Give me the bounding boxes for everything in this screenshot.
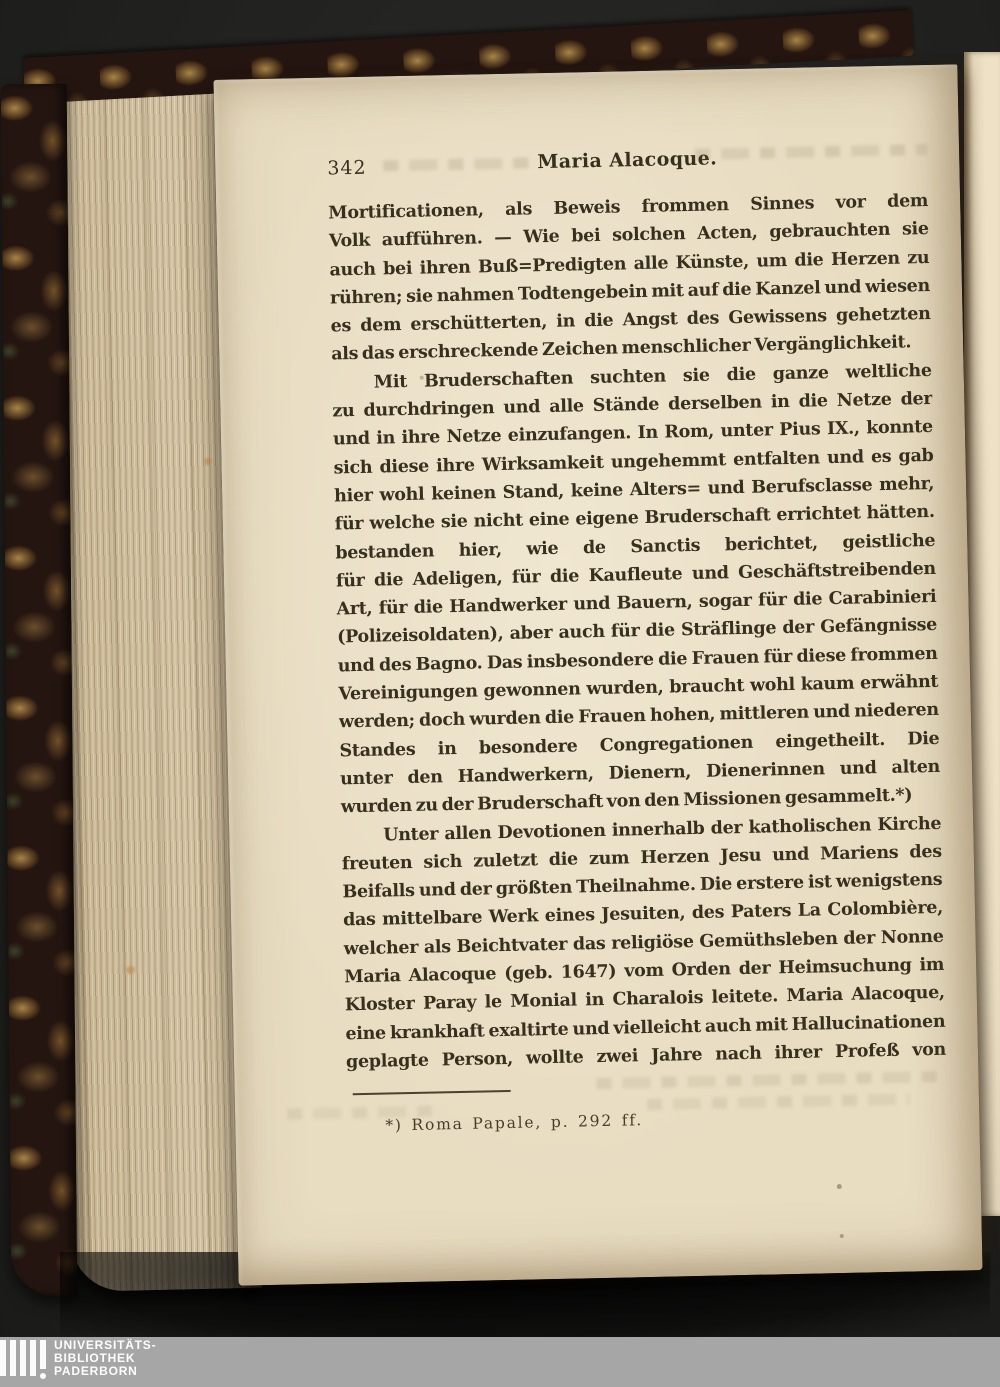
paper-speck — [840, 1234, 844, 1238]
library-name: UNIVERSITÄTS- BIBLIOTHEK PADERBORN — [54, 1339, 156, 1378]
showthrough-ghost — [596, 1071, 946, 1089]
logo-bar-icon — [0, 1340, 6, 1376]
showthrough-ghost — [647, 1094, 909, 1110]
footer-bar: UNIVERSITÄTS- BIBLIOTHEK PADERBORN — [0, 1337, 1000, 1387]
foxing-spot — [126, 966, 135, 974]
page-content: 342 Maria Alacoque. Mortificationen, als… — [327, 143, 946, 1077]
logo-bar-icon — [20, 1340, 26, 1376]
paper-speck — [420, 376, 424, 380]
page-header: 342 Maria Alacoque. — [327, 143, 927, 180]
logo-bar-icon — [30, 1340, 36, 1376]
paper-speck — [837, 1184, 842, 1189]
scanned-book-photo: 342 Maria Alacoque. Mortificationen, als… — [0, 0, 1000, 1387]
body-text: Mortificationen, als Beweis frommen Sinn… — [328, 187, 946, 1077]
book-page: 342 Maria Alacoque. Mortificationen, als… — [213, 64, 982, 1285]
logo-bar-icon — [40, 1340, 46, 1369]
foxing-spot — [204, 458, 212, 465]
logo-dot-icon — [40, 1373, 46, 1379]
logo-bar-icon — [10, 1340, 16, 1376]
library-name-line: PADERBORN — [54, 1365, 156, 1378]
book-cover-left-edge — [1, 84, 78, 1297]
footnote-rule — [353, 1090, 511, 1095]
